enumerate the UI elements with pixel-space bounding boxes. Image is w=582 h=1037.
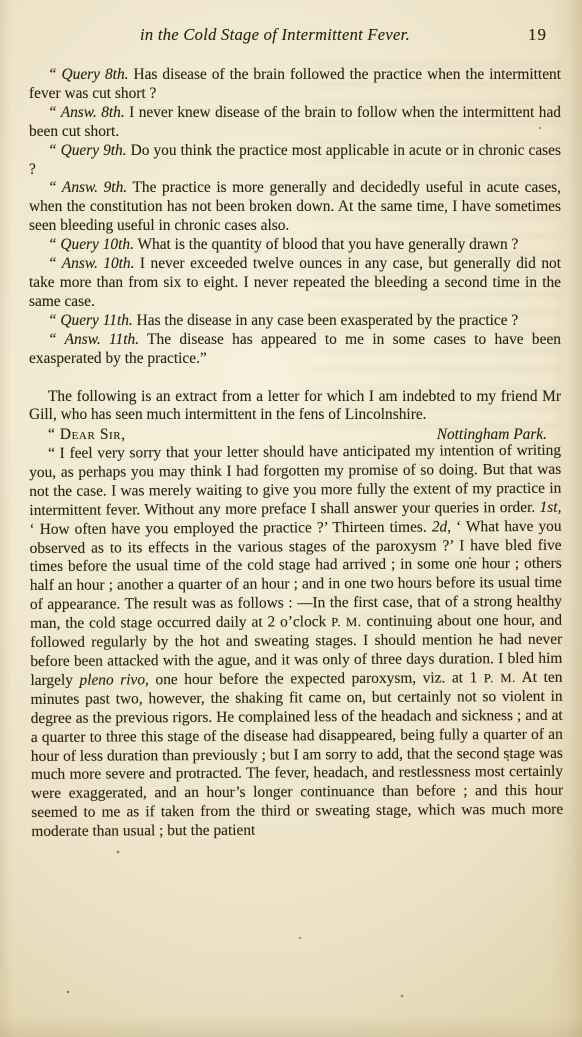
letter-salutation: “ Dear Sir,	[48, 426, 126, 445]
letter-text-segment: one hour before the expected paroxysm, v…	[149, 669, 484, 688]
letter-text-segment: At ten minutes past two, however, the sh…	[31, 669, 564, 840]
qa-lead: “ Query 8th.	[48, 66, 129, 83]
letter-text-segment: “ I feel very sorry that your letter sho…	[29, 442, 561, 519]
page-content: in the Cold Stage of Intermittent Fever.…	[29, 26, 561, 842]
qa-lead: “ Answ. 11th.	[48, 331, 139, 348]
book-page: in the Cold Stage of Intermittent Fever.…	[0, 0, 582, 1037]
page-number: 19	[528, 26, 547, 45]
qa-lead: “ Query 10th.	[48, 236, 134, 253]
letter-text-segment: P. M.	[331, 615, 361, 629]
letter-text-segment: pleno rivo,	[79, 671, 149, 688]
qa-paragraph: “ Query 9th. Do you think the practice m…	[29, 142, 561, 180]
qa-paragraph: “ Query 11th. Has the disease in any cas…	[29, 312, 561, 331]
qa-lead: “ Answ. 9th.	[48, 179, 127, 196]
running-header: in the Cold Stage of Intermittent Fever.…	[29, 26, 561, 52]
running-header-title: in the Cold Stage of Intermittent Fever.	[29, 26, 521, 45]
letter-text-segment: P. M.	[484, 671, 516, 685]
qa-paragraph: “ Answ. 9th. The practice is more genera…	[29, 179, 561, 236]
qa-paragraph: “ Answ. 10th. I never exceeded twelve ou…	[29, 255, 561, 312]
qa-text: What is the quantity of blood that you h…	[134, 236, 518, 253]
qa-paragraph: “ Answ. 11th. The disease has appeared t…	[29, 331, 561, 369]
qa-paragraph: “ Answ. 8th. I never knew disease of the…	[29, 104, 561, 142]
qa-paragraph: “ Query 8th. Has disease of the brain fo…	[29, 66, 561, 104]
letter-body-paragraph: “ I feel very sorry that your letter sho…	[29, 442, 563, 842]
qa-paragraph: “ Query 10th. What is the quantity of bl…	[29, 236, 561, 255]
qa-lead: “ Query 11th.	[48, 312, 133, 329]
intro-paragraph: The following is an extract from a lette…	[29, 388, 561, 426]
qa-lead: “ Query 9th.	[48, 142, 127, 159]
qa-text: Has the disease in any case been exasper…	[133, 312, 518, 329]
qa-lead: “ Answ. 8th.	[48, 104, 125, 121]
qa-lead: “ Answ. 10th.	[48, 255, 134, 272]
letter-text-segment: 1st,	[540, 499, 562, 516]
letter-text-segment: ‘ How often have you employed the practi…	[29, 518, 431, 537]
letter-text-segment: 2d,	[432, 518, 451, 535]
